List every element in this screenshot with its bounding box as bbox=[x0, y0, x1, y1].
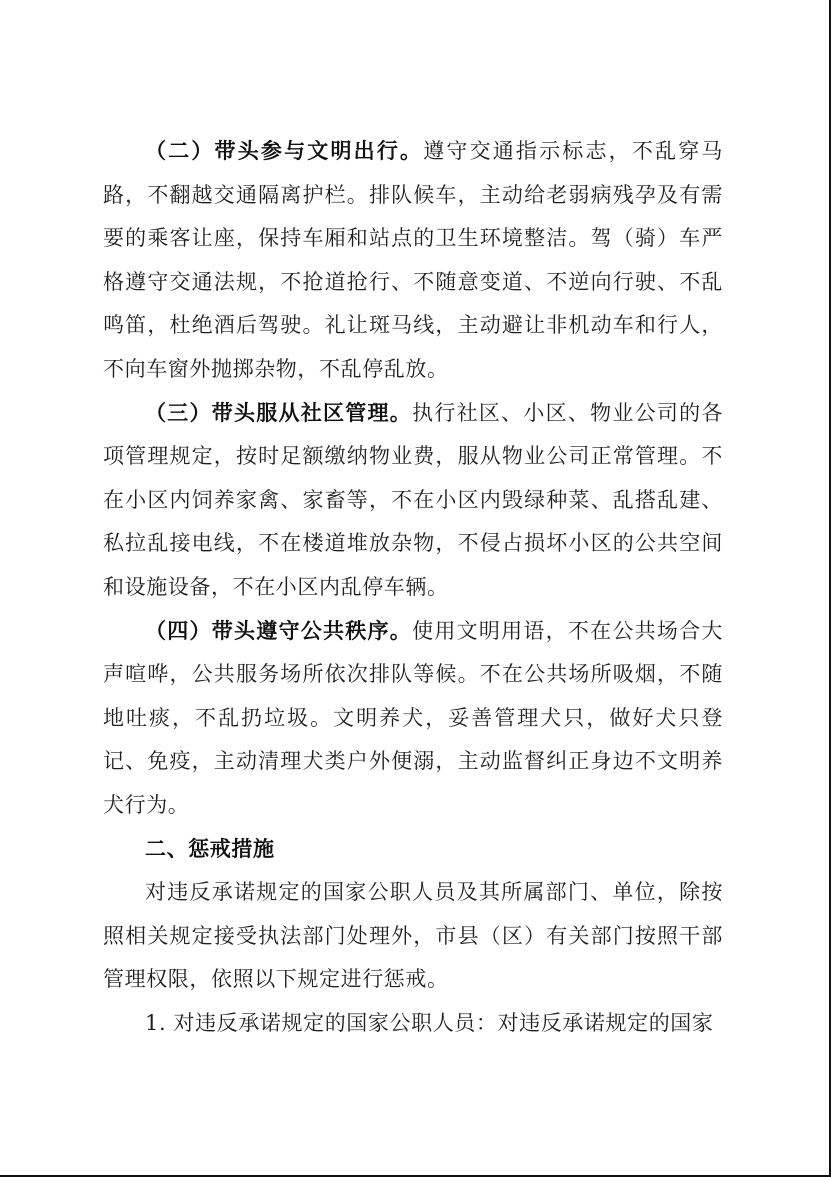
document-body: （二）带头参与文明出行。遵守交通指示标志，不乱穿马路，不翻越交通隔离护栏。排队候… bbox=[103, 130, 723, 1045]
paragraph-community-management: （三）带头服从社区管理。执行社区、小区、物业公司的各项管理规定，按时足额缴纳物业… bbox=[103, 392, 723, 610]
section-heading: 二、惩戒措施 bbox=[103, 828, 723, 872]
paragraph-text: 使用文明用语，不在公共场合大声喧哗，公共服务场所依次排队等候。不在公共场所吸烟，… bbox=[103, 619, 723, 817]
paragraph-item-1: 1. 对违反承诺规定的国家公职人员：对违反承诺规定的国家 bbox=[103, 1002, 723, 1046]
paragraph-lead: （四）带头遵守公共秩序。 bbox=[145, 619, 412, 643]
paragraph-disciplinary-intro: 对违反承诺规定的国家公职人员及其所属部门、单位，除按照相关规定接受执法部门处理外… bbox=[103, 871, 723, 1002]
paragraph-public-order: （四）带头遵守公共秩序。使用文明用语，不在公共场合大声喧哗，公共服务场所依次排队… bbox=[103, 610, 723, 828]
document-page: （二）带头参与文明出行。遵守交通指示标志，不乱穿马路，不翻越交通隔离护栏。排队候… bbox=[0, 0, 831, 1177]
paragraph-lead: （三）带头服从社区管理。 bbox=[145, 401, 412, 425]
paragraph-lead: （二）带头参与文明出行。 bbox=[145, 139, 423, 163]
paragraph-civilized-travel: （二）带头参与文明出行。遵守交通指示标志，不乱穿马路，不翻越交通隔离护栏。排队候… bbox=[103, 130, 723, 392]
paragraph-text: 执行社区、小区、物业公司的各项管理规定，按时足额缴纳物业费，服从物业公司正常管理… bbox=[103, 401, 723, 599]
paragraph-text: 遵守交通指示标志，不乱穿马路，不翻越交通隔离护栏。排队候车，主动给老弱病残孕及有… bbox=[103, 139, 723, 381]
